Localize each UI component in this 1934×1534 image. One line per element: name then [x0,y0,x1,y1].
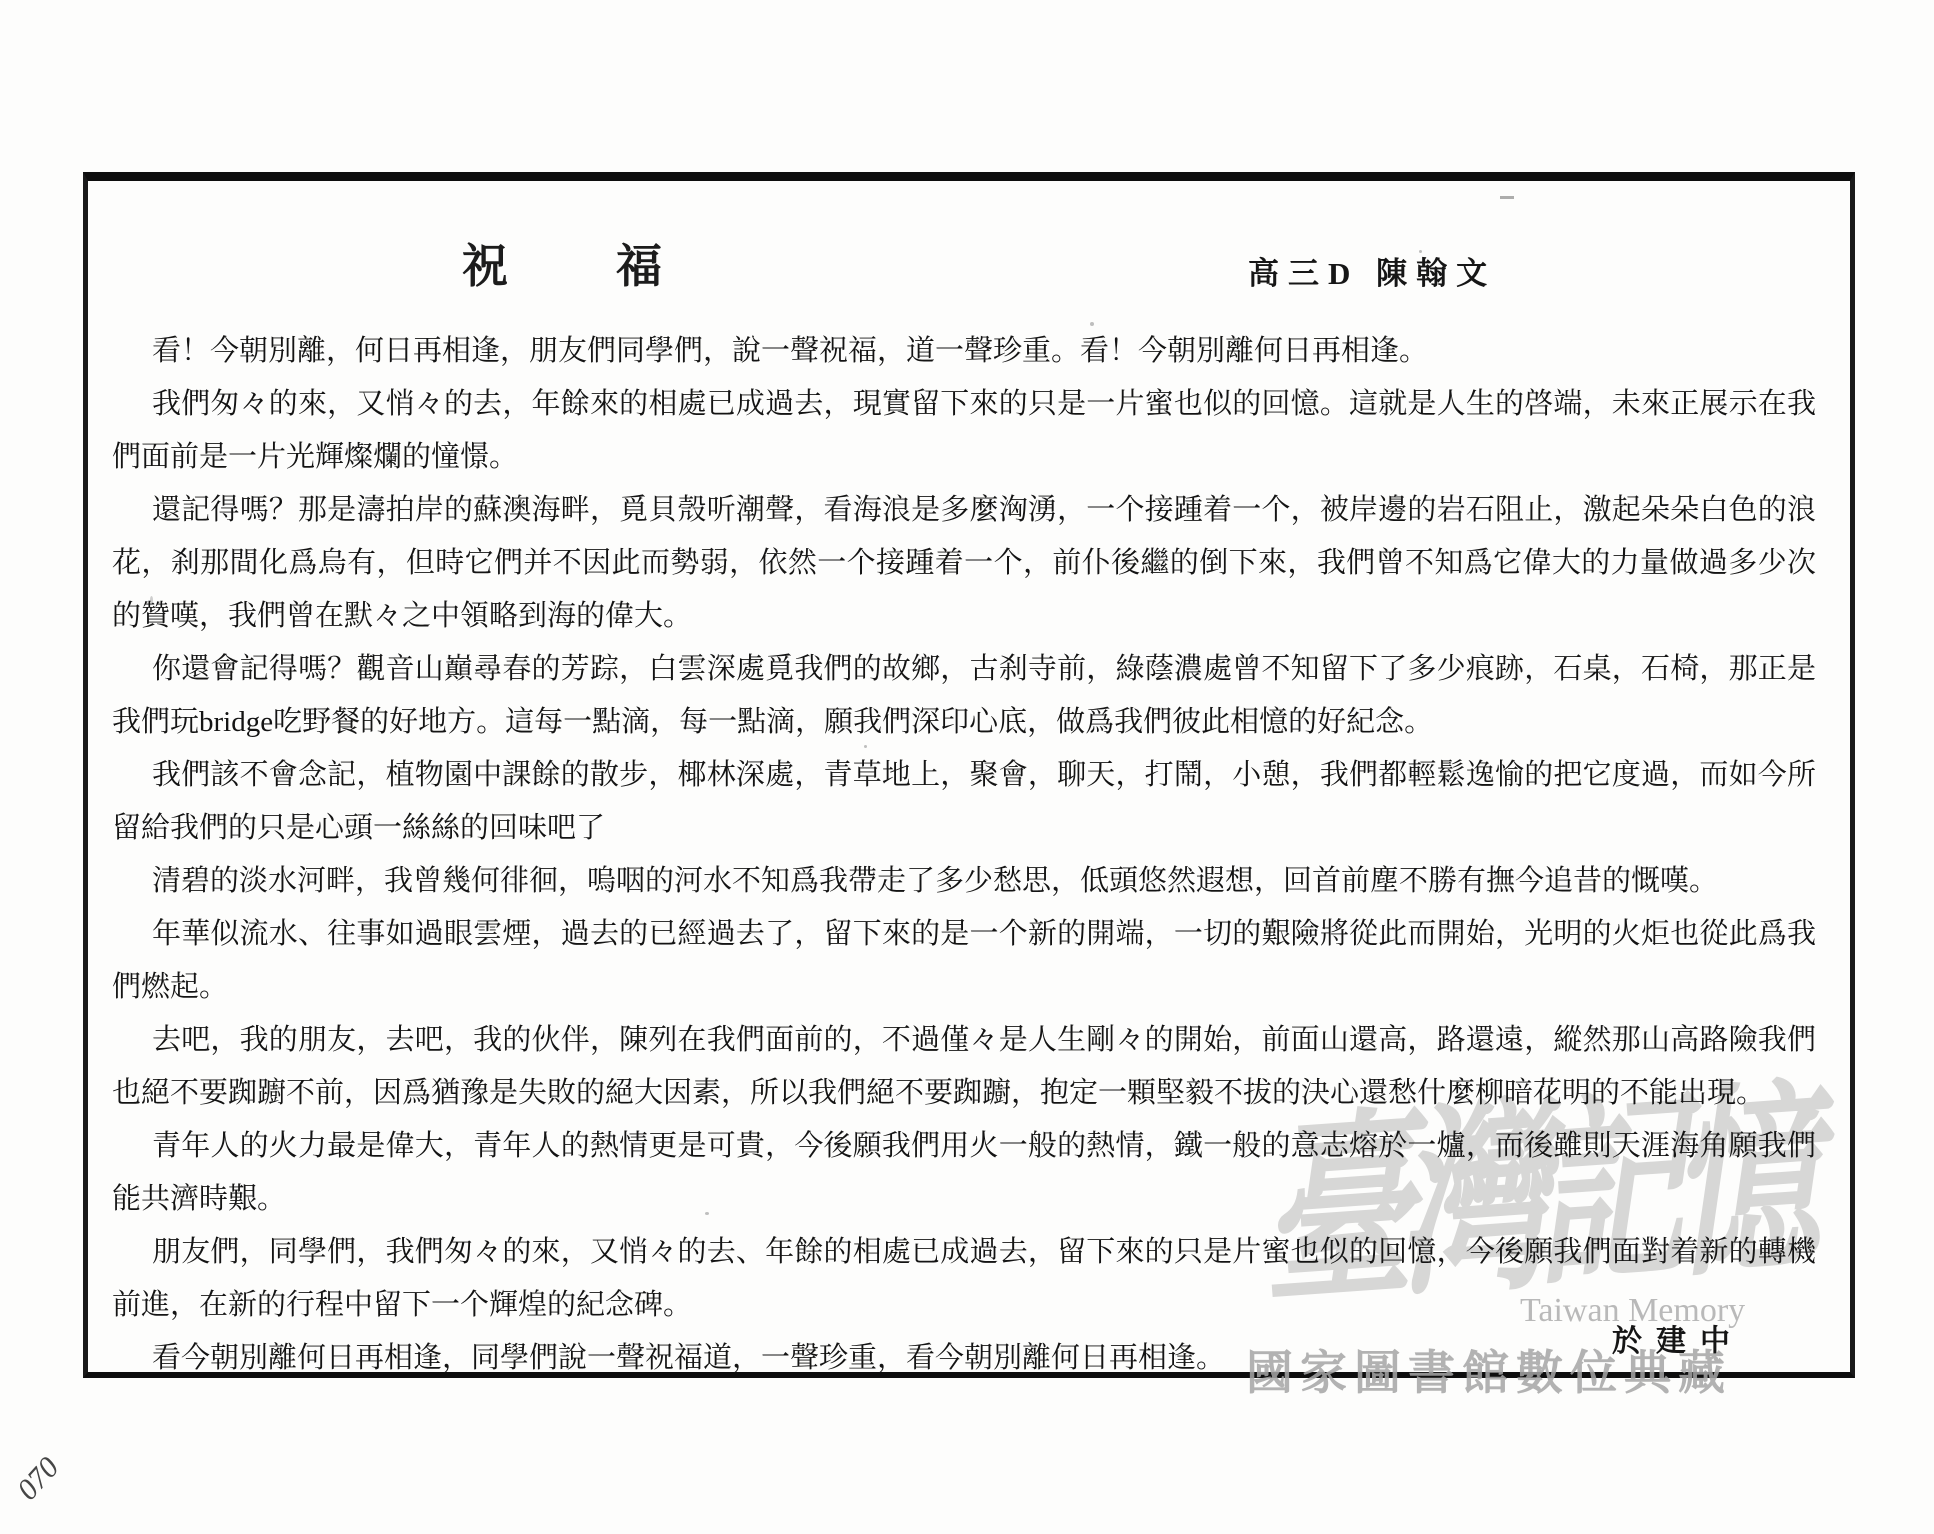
page-title: 祝福 [462,230,770,296]
essay-paragraph: 你還會記得嗎？觀音山巔尋春的芳踪，白雲深處覓我們的故鄉，古刹寺前，綠蔭濃處曾不知… [112,643,1816,749]
essay-body: 看！今朝別離，何日再相逢，朋友們同學們，說一聲祝福，道一聲珍重。看！今朝別離何日… [112,325,1816,1385]
essay-paragraph: 還記得嗎？那是濤拍岸的蘇澳海畔，覓貝殼听潮聲，看海浪是多麼洶湧，一个接踵着一个，… [112,484,1816,643]
author-byline: 高三D 陳翰文 [1248,248,1496,293]
essay-paragraph: 年華似流水、往事如過眼雲煙，過去的已經過去了，留下來的是一个新的開端，一切的艱險… [112,908,1816,1014]
scan-speckle [1500,196,1514,199]
essay-paragraph: 去吧，我的朋友，去吧，我的伙伴，陳列在我們面前的，不過僅々是人生剛々的開始，前面… [112,1014,1816,1120]
essay-paragraph: 清碧的淡水河畔，我曾幾何徘徊，嗚咽的河水不知爲我帶走了多少愁思，低頭悠然遐想，回… [112,855,1816,908]
watermark-institution-label: 國家圖書館數位典藏 [1246,1336,1732,1403]
essay-paragraph: 朋友們，同學們，我們匆々的來，又悄々的去、年餘的相處已成過去，留下來的只是片蜜也… [112,1226,1816,1332]
essay-paragraph: 青年人的火力最是偉大，青年人的熱情更是可貴，今後願我們用火一般的熱情，鐵一般的意… [112,1120,1816,1226]
essay-paragraph: 我們匆々的來，又悄々的去，年餘來的相處已成過去，現實留下來的只是一片蜜也似的回憶… [112,378,1816,484]
essay-paragraph: 看！今朝別離，何日再相逢，朋友們同學們，說一聲祝福，道一聲珍重。看！今朝別離何日… [112,325,1816,378]
essay-paragraph: 我們該不會念記，植物園中課餘的散步，椰林深處，青草地上，聚會，聊天，打鬧，小憩，… [112,749,1816,855]
